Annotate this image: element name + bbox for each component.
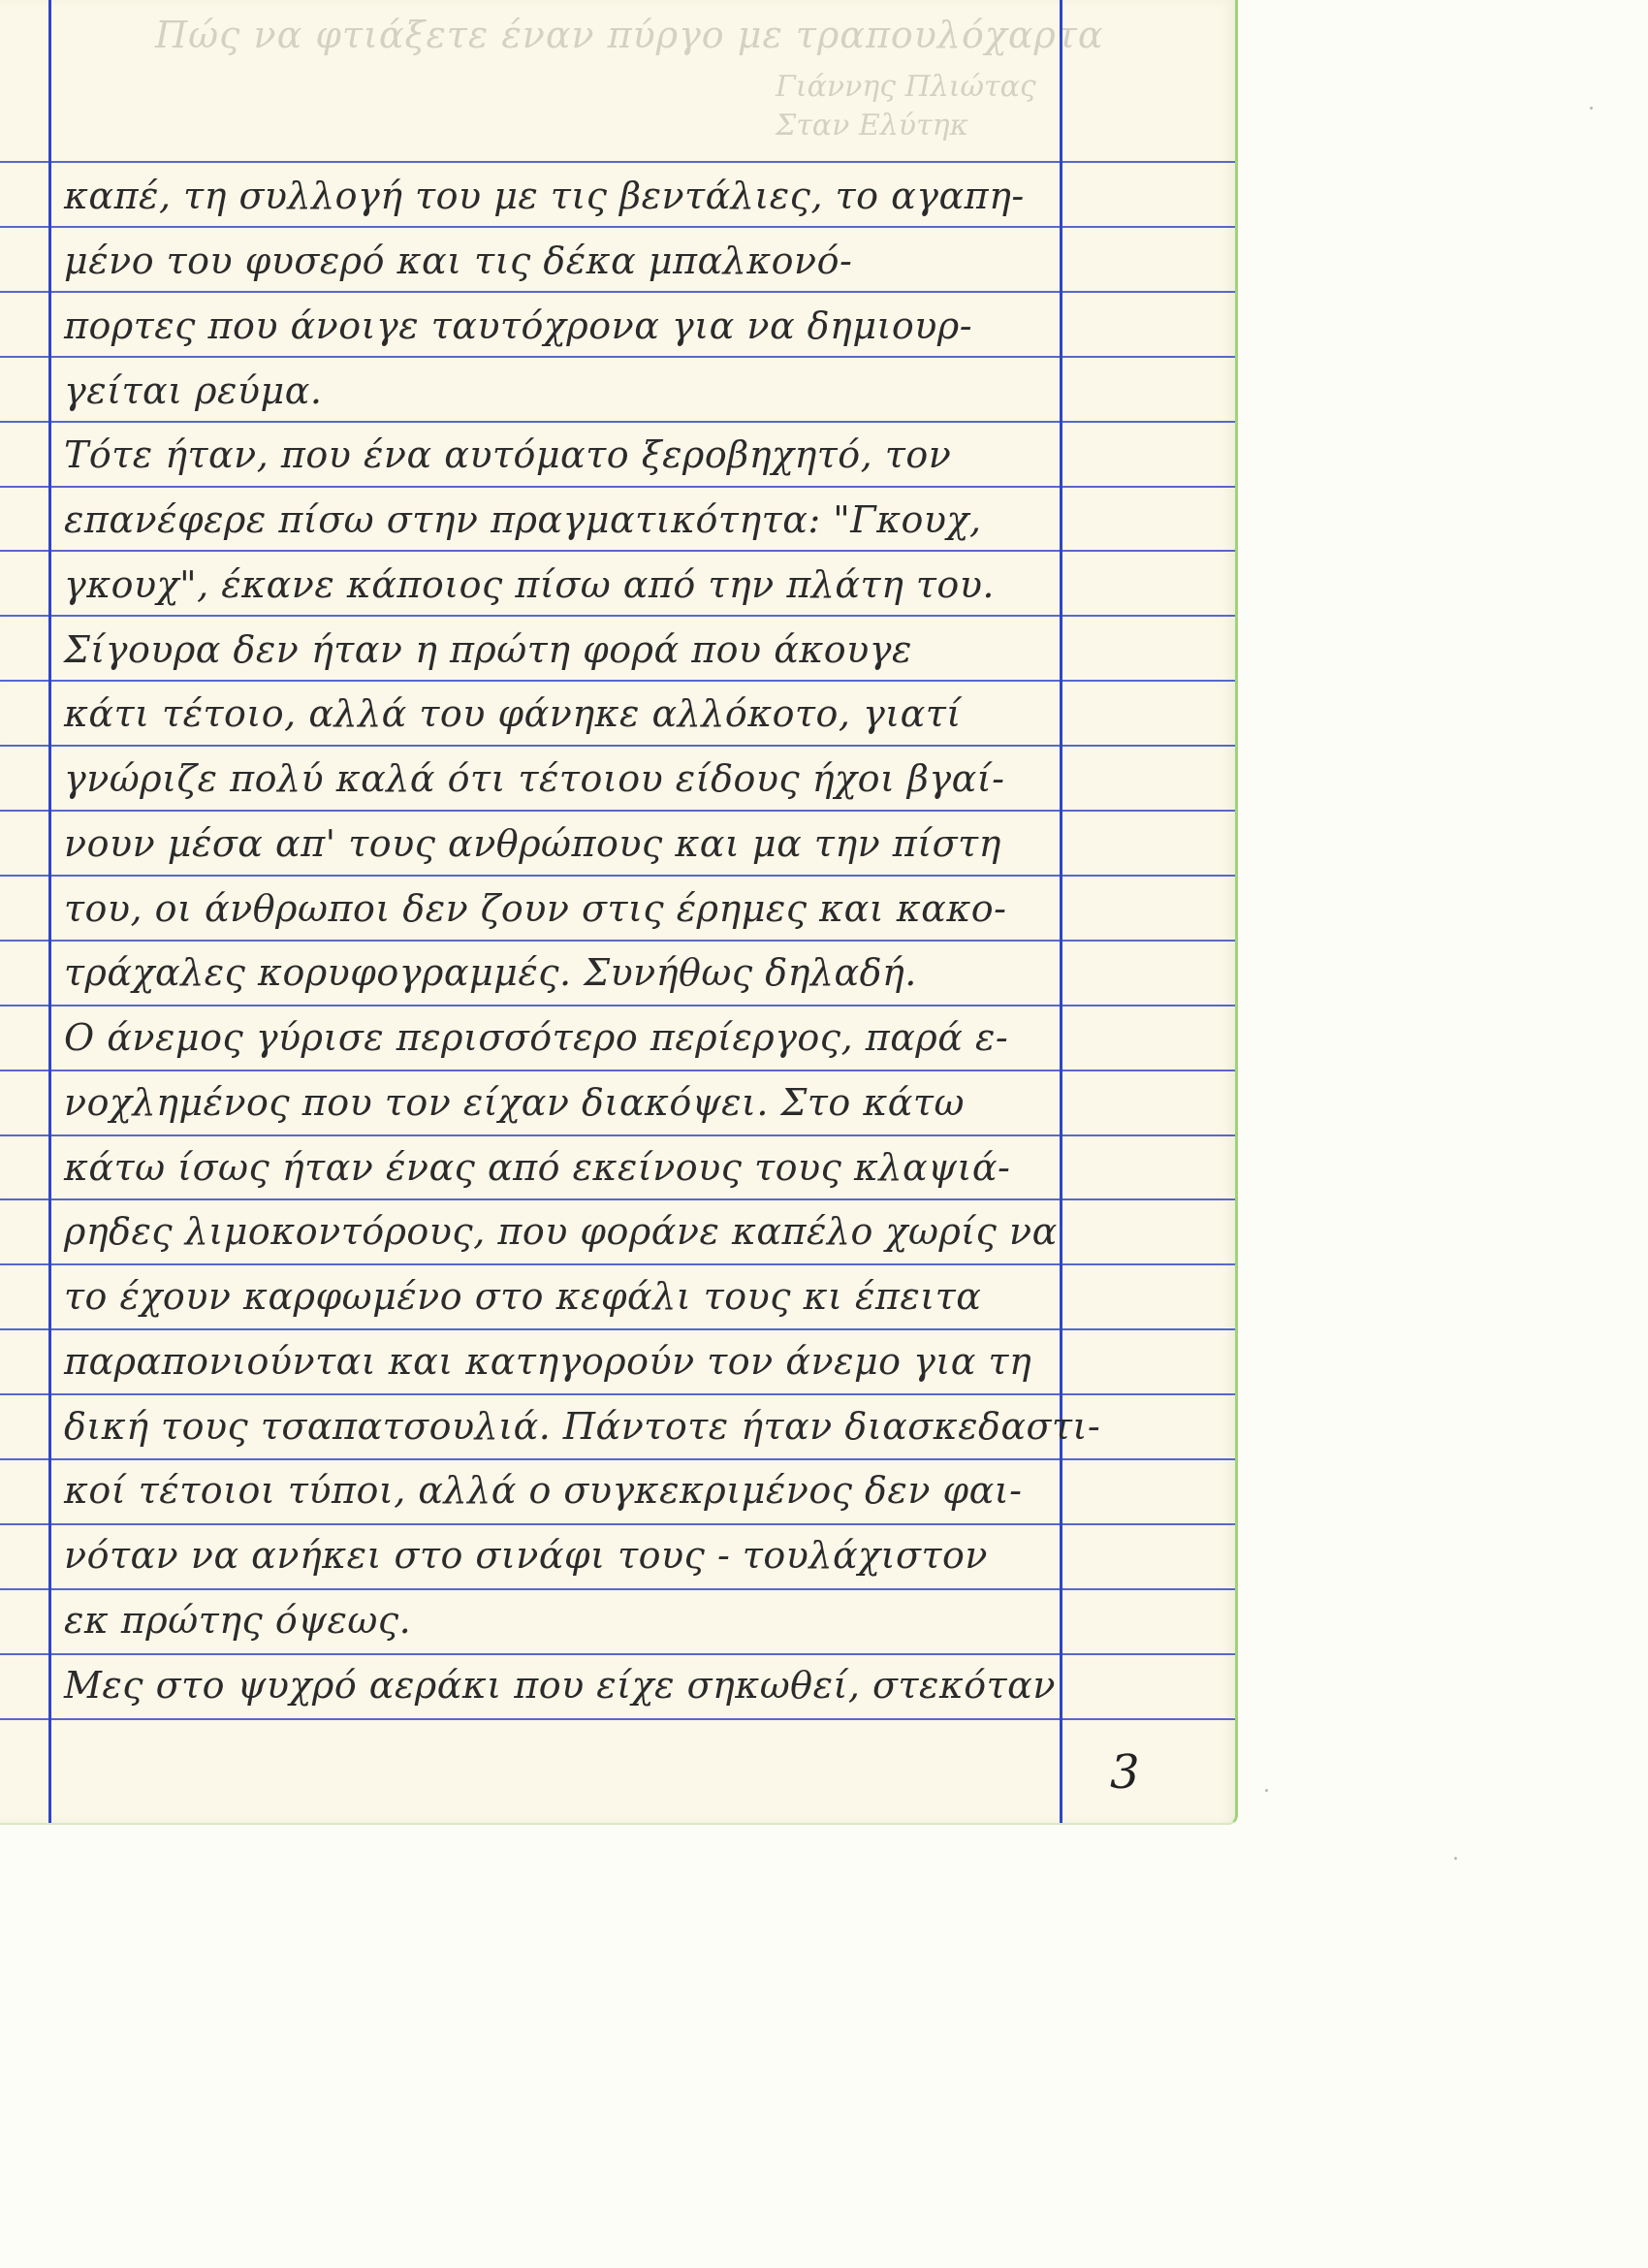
notebook-page: Πώς να φτιάξετε έναν πύργο με τραπουλόχα… bbox=[0, 0, 1238, 1825]
ruled-line bbox=[0, 1134, 1235, 1136]
ruled-line bbox=[0, 1005, 1235, 1006]
ruled-line bbox=[0, 875, 1235, 877]
text-line: γκουχ", έκανε κάποιος πίσω από την πλάτη… bbox=[64, 556, 1057, 614]
ruled-line bbox=[0, 1718, 1235, 1720]
text-line: κάτι τέτοιο, αλλά του φάνηκε αλλόκοτο, γ… bbox=[64, 685, 1057, 743]
text-line: το έχουν καρφωμένο στο κεφάλι τους κι έπ… bbox=[64, 1267, 1057, 1326]
text-line: επανέφερε πίσω στην πραγματικότητα: "Γκο… bbox=[64, 491, 1057, 549]
ruled-line bbox=[0, 1458, 1235, 1460]
text-line: Μες στο ψυχρό αεράκι που είχε σηκωθεί, σ… bbox=[64, 1656, 1057, 1714]
text-line: γείται ρεύμα. bbox=[64, 362, 1057, 420]
text-line: του, οι άνθρωποι δεν ζουν στις έρημες κα… bbox=[64, 879, 1057, 938]
ruled-line bbox=[0, 550, 1235, 552]
ruled-line bbox=[0, 1588, 1235, 1590]
text-line: ρηδες λιμοκοντόρους, που φοράνε καπέλο χ… bbox=[64, 1202, 1057, 1261]
text-line: Σίγουρα δεν ήταν η πρώτη φορά που άκουγε bbox=[64, 621, 1057, 679]
ruled-line bbox=[0, 1198, 1235, 1200]
ruled-line bbox=[0, 1523, 1235, 1525]
text-line: γνώριζε πολύ καλά ότι τέτοιου είδους ήχο… bbox=[64, 750, 1057, 808]
ruled-line bbox=[0, 810, 1235, 812]
ruled-line bbox=[0, 940, 1235, 942]
text-line: Τότε ήταν, που ένα αυτόματο ξεροβηχητό, … bbox=[64, 426, 1057, 484]
ruled-line bbox=[0, 1653, 1235, 1655]
ruled-line bbox=[0, 1070, 1235, 1071]
ruled-line bbox=[0, 745, 1235, 747]
text-line: Ο άνεμος γύρισε περισσότερο περίεργος, π… bbox=[64, 1008, 1057, 1067]
left-margin-line bbox=[48, 0, 51, 1823]
text-line: κοί τέτοιοι τύποι, αλλά ο συγκεκριμένος … bbox=[64, 1461, 1057, 1519]
text-line: πορτες που άνοιγε ταυτόχρονα για να δημι… bbox=[64, 297, 1057, 355]
text-line: παραπονιούνται και κατηγορούν τον άνεμο … bbox=[64, 1332, 1057, 1390]
text-line: κάτω ίσως ήταν ένας από εκείνους τους κλ… bbox=[64, 1138, 1057, 1197]
text-line: μένο του φυσερό και τις δέκα μπαλκονό- bbox=[64, 232, 1057, 290]
text-line: νουν μέσα απ' τους ανθρώπους και μα την … bbox=[64, 815, 1057, 873]
text-line: δική τους τσαπατσουλιά. Πάντοτε ήταν δια… bbox=[64, 1397, 1057, 1455]
ruled-line bbox=[0, 421, 1235, 423]
scan-speck bbox=[1454, 1857, 1457, 1860]
right-margin-line bbox=[1060, 0, 1062, 1823]
scan-speck bbox=[1590, 107, 1593, 110]
text-line: καπέ, τη συλλογή του με τις βεντάλιες, τ… bbox=[64, 167, 1057, 225]
text-line: νοχλημένος που τον είχαν διακόψει. Στο κ… bbox=[64, 1073, 1057, 1132]
scan-speck bbox=[1265, 1789, 1268, 1792]
bleed-through-title: Πώς να φτιάξετε έναν πύργο με τραπουλόχα… bbox=[155, 14, 1104, 56]
text-line: εκ πρώτης όψεως. bbox=[64, 1591, 1057, 1649]
bleed-through-author: Γιάννης Πλιώτας Σταν Ελύτηκ bbox=[776, 68, 1036, 145]
ruled-line bbox=[0, 226, 1235, 228]
page-number: 3 bbox=[1110, 1745, 1140, 1800]
ruled-line bbox=[0, 161, 1235, 163]
bleed-through-author-line-1: Γιάννης Πλιώτας bbox=[776, 68, 1036, 107]
text-line: νόταν να ανήκει στο σινάφι τους - τουλάχ… bbox=[64, 1526, 1057, 1584]
ruled-line bbox=[0, 1328, 1235, 1330]
ruled-line bbox=[0, 1393, 1235, 1395]
ruled-line bbox=[0, 680, 1235, 682]
bleed-through-author-line-2: Σταν Ελύτηκ bbox=[776, 107, 1036, 145]
ruled-line bbox=[0, 291, 1235, 293]
ruled-line bbox=[0, 356, 1235, 358]
ruled-line bbox=[0, 1263, 1235, 1265]
ruled-line bbox=[0, 615, 1235, 617]
ruled-line bbox=[0, 486, 1235, 488]
text-line: τράχαλες κορυφογραμμές. Συνήθως δηλαδή. bbox=[64, 943, 1057, 1002]
